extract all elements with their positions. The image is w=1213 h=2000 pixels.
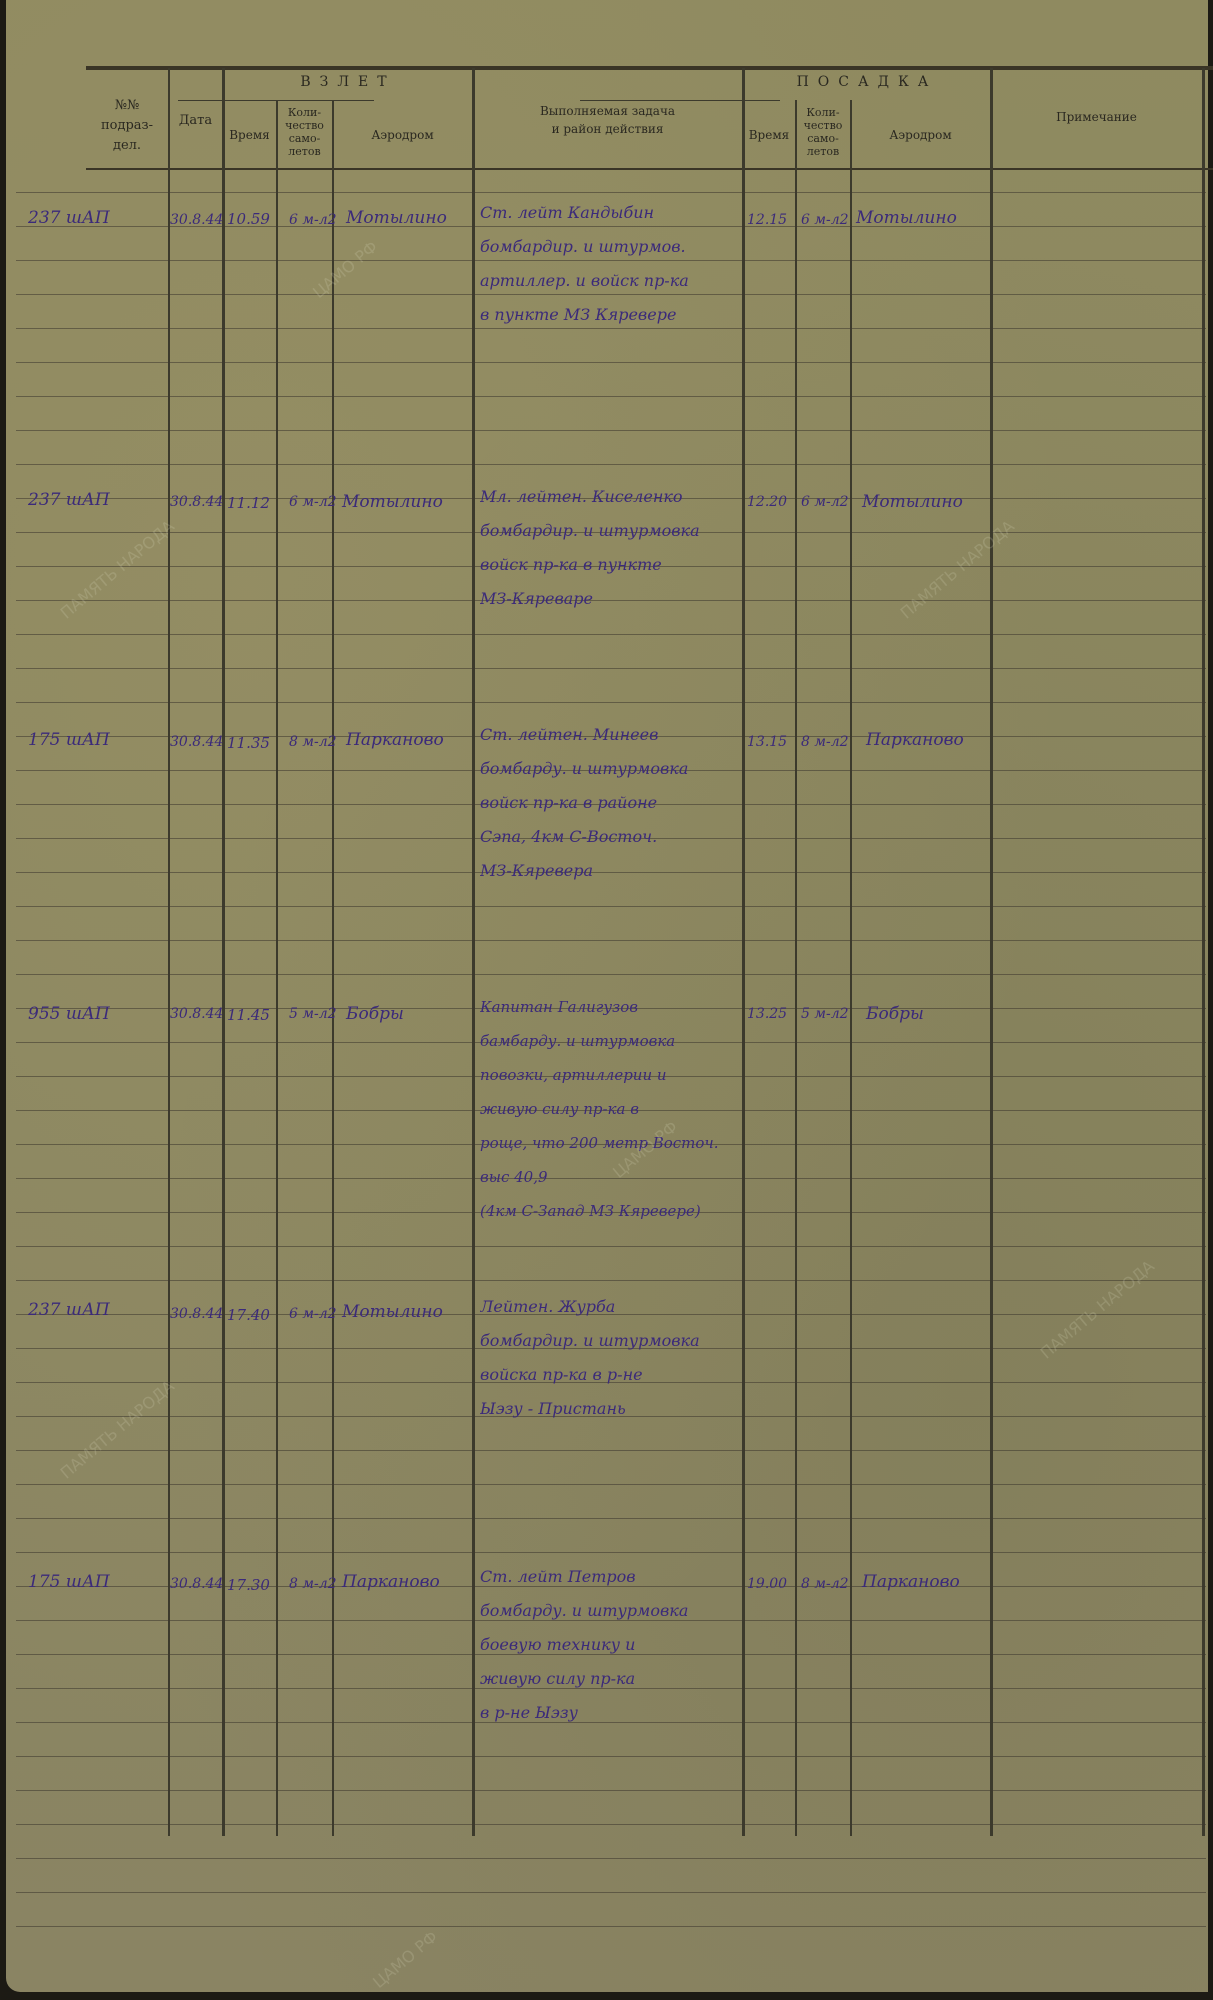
header-takeoff-time: Время <box>223 128 276 142</box>
ruled-line <box>16 940 1206 941</box>
date-cell: 30.8.44 <box>170 494 223 510</box>
takeoff-airfield-cell: Парканово <box>342 1572 440 1592</box>
header-bottom-rule <box>86 168 1213 170</box>
landing-time-cell: 13.15 <box>747 734 787 750</box>
ruled-line <box>16 668 1206 669</box>
header-takeoff-qty: Коли- чество само- летов <box>277 106 332 158</box>
column-divider <box>850 100 852 1836</box>
column-divider <box>168 68 170 1836</box>
watermark: ПАМЯТЬ НАРОДА <box>57 1376 178 1482</box>
ruled-line <box>16 1790 1206 1791</box>
header-landing-airfield: Аэродром <box>851 128 990 142</box>
ruled-line <box>16 1824 1206 1825</box>
ruled-line <box>16 396 1206 397</box>
landing-qty-cell: 6 м-л2 <box>801 212 849 228</box>
header-task: Выполняемая задача и район действия <box>473 102 742 138</box>
unit-cell: 175 шАП <box>28 730 110 750</box>
takeoff-time-cell: 11.35 <box>227 734 270 752</box>
column-divider <box>276 100 278 1836</box>
task-cell: Капитан Галигузов бамбарду. и штурмовка … <box>480 990 755 1228</box>
takeoff-time-cell: 11.45 <box>227 1006 270 1024</box>
ruled-line <box>16 192 1206 193</box>
landing-time-cell: 12.15 <box>747 212 787 228</box>
date-cell: 30.8.44 <box>170 212 223 228</box>
takeoff-time-cell: 11.12 <box>227 494 270 512</box>
task-cell: Ст. лейт Кандыбин бомбардир. и штурмов. … <box>480 196 755 332</box>
landing-airfield-cell: Мотылино <box>856 208 957 228</box>
takeoff-qty-cell: 5 м-л2 <box>289 1006 337 1022</box>
takeoff-airfield-cell: Парканово <box>346 730 444 750</box>
unit-cell: 175 шАП <box>28 1572 110 1592</box>
unit-cell: 237 шАП <box>28 490 110 510</box>
takeoff-airfield-cell: Бобры <box>346 1004 404 1024</box>
ruled-line <box>16 1518 1206 1519</box>
takeoff-airfield-cell: Мотылино <box>342 1302 443 1322</box>
ruled-line <box>16 362 1206 363</box>
landing-time-cell: 13.25 <box>747 1006 787 1022</box>
header-top-rule <box>86 66 1213 70</box>
ruled-line <box>16 906 1206 907</box>
landing-qty-cell: 8 м-л2 <box>801 1576 849 1592</box>
date-cell: 30.8.44 <box>170 1306 223 1322</box>
ruled-line <box>16 1450 1206 1451</box>
landing-airfield-cell: Парканово <box>866 730 964 750</box>
takeoff-qty-cell: 6 м-л2 <box>289 1306 337 1322</box>
landing-airfield-cell: Парканово <box>862 1572 960 1592</box>
right-border <box>1202 68 1205 1836</box>
ruled-line <box>16 430 1206 431</box>
watermark: ПАМЯТЬ НАРОДА <box>1037 1256 1158 1362</box>
ruled-line <box>16 1280 1206 1281</box>
column-divider <box>222 68 225 1836</box>
ruled-line <box>16 702 1206 703</box>
takeoff-airfield-cell: Мотылино <box>346 208 447 228</box>
watermark: ЦАМО РФ <box>369 1927 441 1992</box>
ruled-line <box>16 1892 1206 1893</box>
header-landing-time: Время <box>743 128 795 142</box>
date-cell: 30.8.44 <box>170 1576 223 1592</box>
task-cell: Ст. лейт Петров бомбарду. и штурмовка бо… <box>480 1560 755 1730</box>
takeoff-airfield-cell: Мотылино <box>342 492 443 512</box>
landing-time-cell: 19.00 <box>747 1576 787 1592</box>
header-subdivision: №№ подраз- дел. <box>86 96 168 156</box>
takeoff-qty-cell: 6 м-л2 <box>289 212 337 228</box>
header-landing-qty: Коли- чество само- летов <box>796 106 850 158</box>
column-divider <box>990 68 993 1836</box>
ruled-line <box>16 1756 1206 1757</box>
header-landing-group: ПОСАДКА <box>744 74 990 90</box>
task-cell: Мл. лейтен. Киселенко бомбардир. и штурм… <box>480 480 755 616</box>
takeoff-qty-cell: 8 м-л2 <box>289 734 337 750</box>
landing-qty-cell: 8 м-л2 <box>801 734 849 750</box>
date-cell: 30.8.44 <box>170 1006 223 1022</box>
landing-group-divider <box>580 100 780 101</box>
date-cell: 30.8.44 <box>170 734 223 750</box>
takeoff-qty-cell: 8 м-л2 <box>289 1576 337 1592</box>
header-date: Дата <box>169 114 222 128</box>
landing-qty-cell: 6 м-л2 <box>801 494 849 510</box>
takeoff-qty-cell: 6 м-л2 <box>289 494 337 510</box>
unit-cell: 237 шАП <box>28 1300 110 1320</box>
ruled-line <box>16 634 1206 635</box>
takeoff-time-cell: 17.40 <box>227 1306 270 1324</box>
column-divider <box>472 68 475 1836</box>
ruled-line <box>16 1926 1206 1927</box>
column-divider <box>795 100 797 1836</box>
unit-cell: 237 шАП <box>28 208 110 228</box>
ruled-line <box>16 1552 1206 1553</box>
ruled-line <box>16 1246 1206 1247</box>
header-takeoff-airfield: Аэродром <box>333 128 472 142</box>
header-notes: Примечание <box>991 110 1202 124</box>
unit-cell: 955 шАП <box>28 1004 110 1024</box>
landing-qty-cell: 5 м-л2 <box>801 1006 849 1022</box>
takeoff-time-cell: 10.59 <box>227 210 270 228</box>
task-cell: Ст. лейтен. Минеев бомбарду. и штурмовка… <box>480 718 755 888</box>
ruled-line <box>16 974 1206 975</box>
archive-ledger-page: №№ подраз- дел. Дата ВЗЛЕТ Время Коли- ч… <box>6 0 1208 1992</box>
ruled-line <box>16 1484 1206 1485</box>
takeoff-time-cell: 17.30 <box>227 1576 270 1594</box>
ruled-line <box>16 1858 1206 1859</box>
ruled-line <box>16 464 1206 465</box>
header-takeoff-group: ВЗЛЕТ <box>224 74 472 90</box>
watermark: ЦАМО РФ <box>309 237 381 302</box>
landing-time-cell: 12.20 <box>747 494 787 510</box>
landing-airfield-cell: Мотылино <box>862 492 963 512</box>
landing-airfield-cell: Бобры <box>866 1004 924 1024</box>
task-cell: Лейтен. Журба бомбардир. и штурмовка вой… <box>480 1290 755 1426</box>
